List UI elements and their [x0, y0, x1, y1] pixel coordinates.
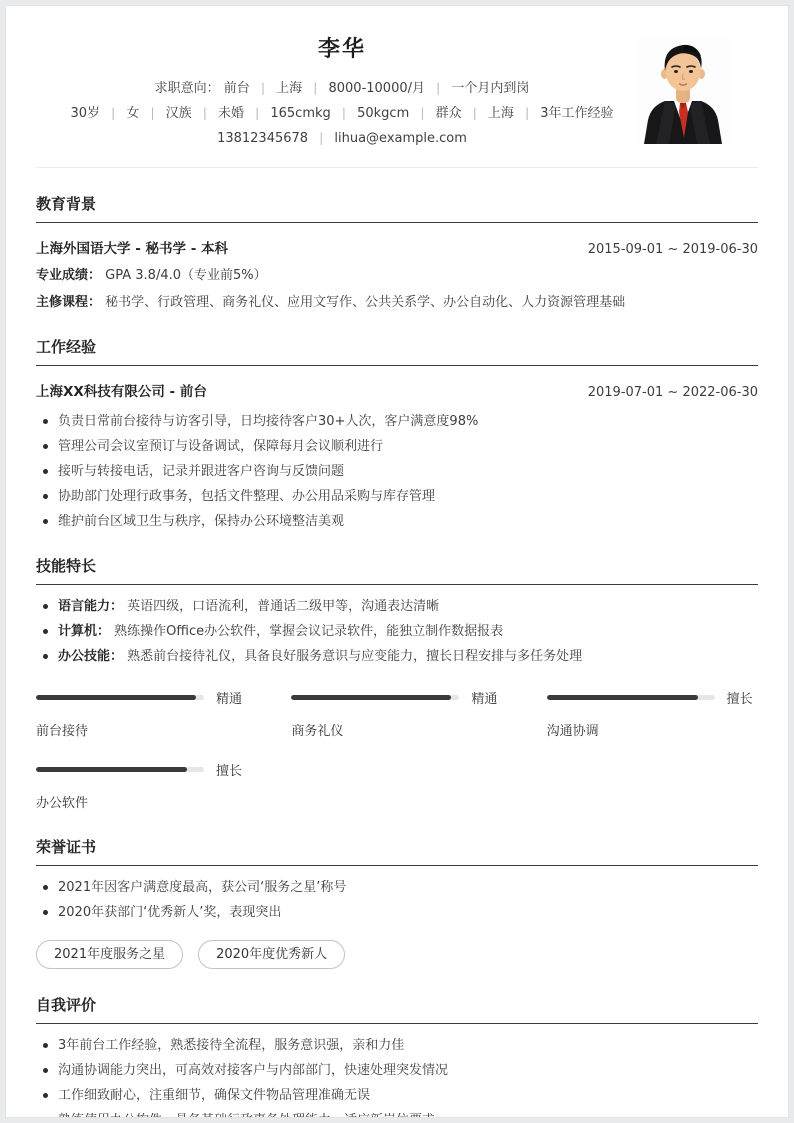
- education-entry-head: 上海外国语大学 - 秘书学 - 本科 2015-09-01 ~ 2019-06-…: [36, 237, 758, 257]
- self-evaluation-bullet: 工作细致耐心，注重细节，确保文件物品管理准确无误: [36, 1087, 758, 1104]
- skill-bullet-label: 计算机：: [58, 624, 110, 639]
- pipe-separator: |: [111, 106, 115, 120]
- pipe-separator: |: [255, 106, 259, 120]
- education-date-range: 2015-09-01 ~ 2019-06-30: [588, 242, 758, 257]
- work-bullet: 协助部门处理行政事务，包括文件整理、办公用品采购与库存管理: [36, 488, 758, 505]
- skill-name: 办公软件: [36, 792, 247, 811]
- skill-bullet: 计算机： 熟练操作Office办公软件，掌握会议记录软件，能独立制作数据报表: [36, 623, 758, 640]
- skill-bar-fill: [36, 767, 187, 772]
- skill-bar-track: [547, 695, 715, 700]
- work-bullet: 维护前台区域卫生与秩序，保持办公环境整洁美观: [36, 513, 758, 530]
- email-address: lihua@example.com: [334, 131, 467, 146]
- personal-info-row: 30岁 | 女 | 汉族 | 未婚 | 165cmkg | 50kgcm | 群…: [36, 101, 648, 126]
- skill-bar-row: 精通: [291, 688, 502, 707]
- pipe-separator: |: [436, 81, 440, 95]
- skill-level-label: 精通: [471, 688, 497, 707]
- honor-badges: 2021年度服务之星 2020年度优秀新人: [36, 940, 758, 969]
- skill-level-label: 擅长: [727, 688, 753, 707]
- gpa-value: GPA 3.8/4.0（专业前5%）: [105, 268, 266, 283]
- honor-bullet: 2021年因客户满意度最高，获公司‘服务之星’称号: [36, 879, 758, 896]
- section-honors: 荣誉证书 2021年因客户满意度最高，获公司‘服务之星’称号 2020年获部门‘…: [36, 838, 758, 969]
- section-title-skills: 技能特长: [36, 557, 758, 585]
- work-bullet: 负责日常前台接待与访客引导，日均接待客户30+人次，客户满意度98%: [36, 413, 758, 430]
- personal-info-item: 3年工作经验: [540, 106, 613, 121]
- self-evaluation-bullet-list: 3年前台工作经验，熟悉接待全流程，服务意识强，亲和力佳 沟通协调能力突出，可高效…: [36, 1037, 758, 1118]
- personal-info-item: 50kgcm: [357, 106, 409, 121]
- self-evaluation-bullet: 沟通协调能力突出，可高效对接客户与内部部门，快速处理突发情况: [36, 1062, 758, 1079]
- profile-photo: [636, 38, 730, 144]
- personal-info-item: 30岁: [70, 106, 100, 121]
- skill-bullet-text: 英语四级，口语流利，普通话二级甲等，沟通表达清晰: [127, 599, 439, 614]
- job-intent-item: 一个月内到岗: [451, 81, 529, 96]
- honor-badge: 2020年度优秀新人: [198, 940, 345, 969]
- skill-bar-track: [36, 695, 204, 700]
- personal-info-item: 群众: [436, 106, 462, 121]
- skill-level-label: 精通: [216, 688, 242, 707]
- skill-bar-fill: [36, 695, 196, 700]
- work-bullet: 管理公司会议室预订与设备调试，保障每月会议顺利进行: [36, 438, 758, 455]
- personal-info-item: 女: [126, 106, 139, 121]
- section-work: 工作经验 上海XX科技有限公司 - 前台 2019-07-01 ~ 2022-0…: [36, 338, 758, 530]
- honor-bullet: 2020年获部门‘优秀新人’奖，表现突出: [36, 904, 758, 921]
- school-name: 上海外国语大学 - 秘书学 - 本科: [36, 237, 228, 257]
- skill-bar-fill: [291, 695, 451, 700]
- job-intent-item: 8000-10000/月: [328, 81, 425, 96]
- pipe-separator: |: [313, 81, 317, 95]
- skill-bar-fill: [547, 695, 698, 700]
- gpa-row: 专业成绩： GPA 3.8/4.0（专业前5%）: [36, 267, 758, 284]
- self-evaluation-bullet: 3年前台工作经验，熟悉接待全流程，服务意识强，亲和力佳: [36, 1037, 758, 1054]
- resume-header: 李华 求职意向： 前台 | 上海 | 8000-10000/月 | 一个月内到岗…: [36, 36, 758, 168]
- skill-bullet-text: 熟练操作Office办公软件，掌握会议记录软件，能独立制作数据报表: [114, 624, 503, 639]
- work-entry-head: 上海XX科技有限公司 - 前台 2019-07-01 ~ 2022-06-30: [36, 380, 758, 400]
- skill-bar-row: 精通: [36, 688, 247, 707]
- skill-bar: 精通 前台接待: [36, 688, 247, 739]
- pipe-separator: |: [203, 106, 207, 120]
- skill-bar: 擅长 办公软件: [36, 760, 247, 811]
- skill-name: 前台接待: [36, 720, 247, 739]
- skill-bars-grid: 精通 前台接待 精通 商务礼仪 擅长: [36, 688, 758, 811]
- courses-value: 秘书学、行政管理、商务礼仪、应用文写作、公共关系学、办公自动化、人力资源管理基础: [105, 295, 625, 310]
- pipe-separator: |: [319, 131, 323, 145]
- header-text-block: 李华 求职意向： 前台 | 上海 | 8000-10000/月 | 一个月内到岗…: [36, 36, 648, 151]
- personal-info-item: 未婚: [218, 106, 244, 121]
- personal-info-item: 上海: [488, 106, 514, 121]
- skill-bar-row: 擅长: [36, 760, 247, 779]
- skill-name: 商务礼仪: [291, 720, 502, 739]
- skills-bullet-list: 语言能力： 英语四级，口语流利，普通话二级甲等，沟通表达清晰 计算机： 熟练操作…: [36, 598, 758, 665]
- company-name: 上海XX科技有限公司 - 前台: [36, 380, 207, 400]
- honors-bullet-list: 2021年因客户满意度最高，获公司‘服务之星’称号 2020年获部门‘优秀新人’…: [36, 879, 758, 921]
- skill-bar: 擅长 沟通协调: [547, 688, 758, 739]
- skill-bullet: 办公技能： 熟悉前台接待礼仪，具备良好服务意识与应变能力，擅长日程安排与多任务处…: [36, 648, 758, 665]
- pipe-separator: |: [150, 106, 154, 120]
- section-skills: 技能特长 语言能力： 英语四级，口语流利，普通话二级甲等，沟通表达清晰 计算机：…: [36, 557, 758, 811]
- job-intent-item: 上海: [276, 81, 302, 96]
- work-date-range: 2019-07-01 ~ 2022-06-30: [588, 385, 758, 400]
- pipe-separator: |: [525, 106, 529, 120]
- personal-info-item: 汉族: [166, 106, 192, 121]
- personal-info-item: 165cmkg: [270, 106, 330, 121]
- gpa-label: 专业成绩：: [36, 268, 101, 283]
- section-title-work: 工作经验: [36, 338, 758, 366]
- candidate-name: 李华: [36, 36, 648, 64]
- section-title-honors: 荣誉证书: [36, 838, 758, 866]
- honor-badge: 2021年度服务之星: [36, 940, 183, 969]
- skill-level-label: 擅长: [216, 760, 242, 779]
- job-intent-row: 求职意向： 前台 | 上海 | 8000-10000/月 | 一个月内到岗: [36, 76, 648, 101]
- pipe-separator: |: [261, 81, 265, 95]
- pipe-separator: |: [473, 106, 477, 120]
- skill-bullet-label: 办公技能：: [58, 649, 123, 664]
- courses-label: 主修课程：: [36, 295, 101, 310]
- section-self-evaluation: 自我评价 3年前台工作经验，熟悉接待全流程，服务意识强，亲和力佳 沟通协调能力突…: [36, 996, 758, 1118]
- skill-bar: 精通 商务礼仪: [291, 688, 502, 739]
- pipe-separator: |: [342, 106, 346, 120]
- work-bullet: 接听与转接电话，记录并跟进客户咨询与反馈问题: [36, 463, 758, 480]
- skill-name: 沟通协调: [547, 720, 758, 739]
- skill-bar-track: [291, 695, 459, 700]
- skill-bar-track: [36, 767, 204, 772]
- courses-row: 主修课程： 秘书学、行政管理、商务礼仪、应用文写作、公共关系学、办公自动化、人力…: [36, 294, 758, 311]
- job-intent-label: 求职意向：: [155, 81, 220, 96]
- job-intent-item: 前台: [224, 81, 250, 96]
- phone-number: 13812345678: [217, 131, 308, 146]
- section-education: 教育背景 上海外国语大学 - 秘书学 - 本科 2015-09-01 ~ 201…: [36, 195, 758, 311]
- resume-page: 李华 求职意向： 前台 | 上海 | 8000-10000/月 | 一个月内到岗…: [5, 5, 789, 1118]
- skill-bar-row: 擅长: [547, 688, 758, 707]
- work-bullet-list: 负责日常前台接待与访客引导，日均接待客户30+人次，客户满意度98% 管理公司会…: [36, 413, 758, 530]
- self-evaluation-bullet: 熟练使用办公软件，具备基础行政事务处理能力，适应新岗位要求: [36, 1112, 758, 1118]
- section-title-self-evaluation: 自我评价: [36, 996, 758, 1024]
- skill-bullet: 语言能力： 英语四级，口语流利，普通话二级甲等，沟通表达清晰: [36, 598, 758, 615]
- section-title-education: 教育背景: [36, 195, 758, 223]
- pipe-separator: |: [420, 106, 424, 120]
- skill-bullet-label: 语言能力：: [58, 599, 123, 614]
- contact-row: 13812345678 | lihua@example.com: [36, 126, 648, 151]
- skill-bullet-text: 熟悉前台接待礼仪，具备良好服务意识与应变能力，擅长日程安排与多任务处理: [127, 649, 582, 664]
